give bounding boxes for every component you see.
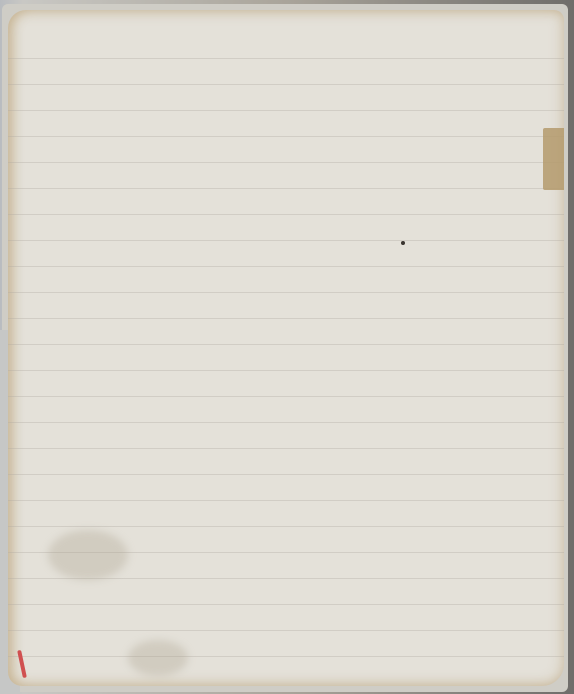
ruled-line xyxy=(8,110,564,111)
ruled-line xyxy=(8,318,564,319)
ruled-line xyxy=(8,58,564,59)
ruled-line xyxy=(8,448,564,449)
ruled-line xyxy=(8,422,564,423)
ruled-line xyxy=(8,162,564,163)
ruled-line xyxy=(8,656,564,657)
ruled-line xyxy=(8,526,564,527)
ruled-line xyxy=(8,396,564,397)
water-stain xyxy=(128,640,188,676)
ruled-line xyxy=(8,240,564,241)
ruled-line xyxy=(8,500,564,501)
water-stain xyxy=(48,530,128,580)
ruled-line xyxy=(8,84,564,85)
ruled-line xyxy=(8,474,564,475)
ruled-line xyxy=(8,266,564,267)
ruled-line xyxy=(8,604,564,605)
ruled-line xyxy=(8,344,564,345)
ruled-line xyxy=(8,136,564,137)
ruled-line xyxy=(8,214,564,215)
notebook-page xyxy=(8,10,564,686)
ruled-line xyxy=(8,188,564,189)
ruled-line xyxy=(8,370,564,371)
ruled-line xyxy=(8,630,564,631)
ruled-lines xyxy=(8,10,564,686)
tape-remnant xyxy=(543,128,564,190)
ruled-line xyxy=(8,292,564,293)
ink-speck xyxy=(401,241,405,245)
